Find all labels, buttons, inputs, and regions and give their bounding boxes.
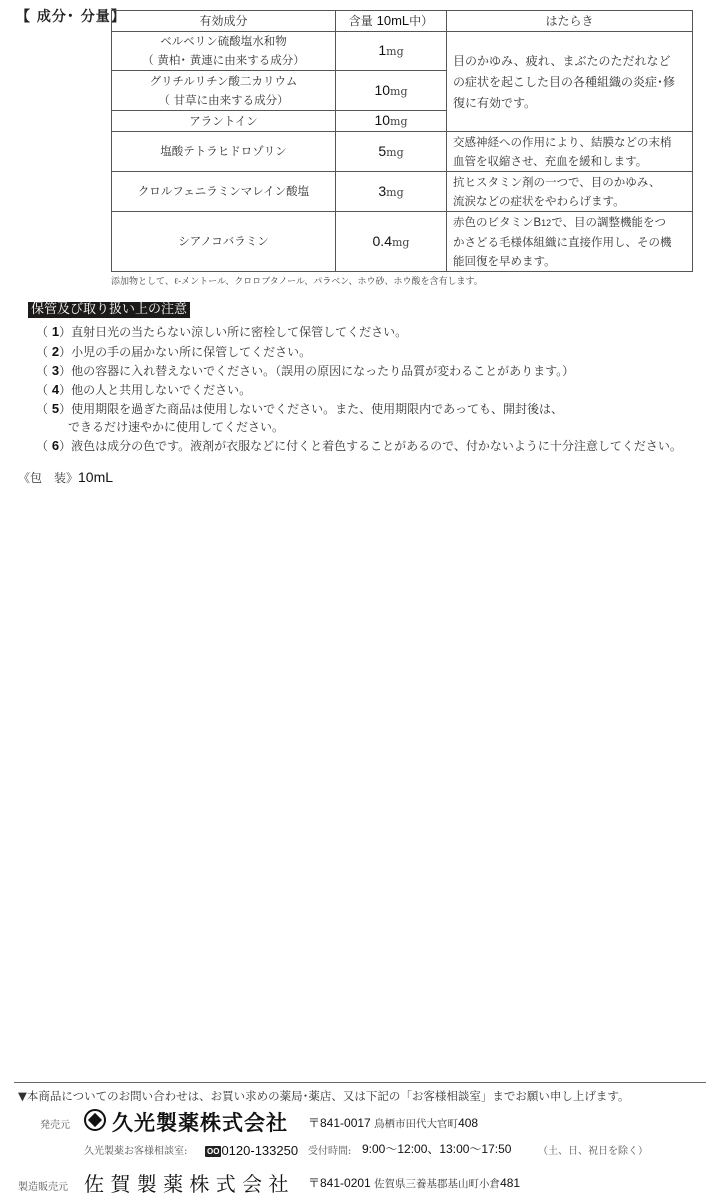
ingredient-name: シアノコバラミン (112, 212, 336, 272)
amount-unit: mg (390, 85, 407, 98)
ingredient-amount: 10mg (336, 111, 447, 132)
distributor-label: 発売元 (40, 1116, 70, 1131)
amount-unit: mg (390, 115, 407, 128)
amount-unit: mg (392, 236, 409, 249)
distributor-address: 〒841-0017 鳥栖市田代大官町408 (308, 1114, 478, 1131)
amount-unit: mg (386, 146, 403, 159)
business-hours: 9:00～12:00、13:00～17:50 (362, 1140, 511, 1157)
storage-note-item: （ 3）他の容器に入れ替えないでください。（誤用の原因になったり品質が変わること… (36, 362, 574, 380)
ingredient-amount: 3mg (336, 172, 447, 212)
phone-line: OO0120-133250 (205, 1140, 298, 1159)
amount-value: 10 (374, 112, 390, 128)
note-text: 使用期限を過ぎた商品は使用しないでください。また、使用期限内であっても、開封後は… (71, 402, 563, 416)
ingredient-name: 塩酸テトラヒドロゾリン (112, 132, 336, 172)
packaging-label: 《包 装》 (18, 471, 78, 485)
note-number: 3 (52, 363, 59, 378)
amount-value: 3 (378, 183, 386, 199)
storage-note-continuation: できるだけ速やかに使用してください。 (68, 418, 284, 436)
amount-unit: mg (386, 45, 403, 58)
ingredient-name: ベルベリン硫酸塩水和物 （ 黄柏･ 黄連に由来する成分） (112, 32, 336, 71)
ingredient-origin-line: （ 黄柏･ 黄連に由来する成分） (112, 51, 335, 70)
ingredient-amount: 5mg (336, 132, 447, 172)
additives-note: 添加物として、ℓ-メントール、クロロブタノール、パラベン、ホウ砂、ホウ酸を含有し… (111, 274, 483, 287)
ingredient-effect: 交感神経への作用により、結膜などの末梢血管を収縮させ、充血を緩和します。 (447, 132, 693, 172)
ingredient-amount: 0.4mg (336, 212, 447, 272)
distributor-company-name: 久光製薬株式会社 (112, 1107, 288, 1137)
note-text: 他の人と共用しないでください。 (71, 383, 251, 397)
storage-note-item: （ 4）他の人と共用しないでください。 (36, 381, 251, 399)
hours-note: （土、日、祝日を除く） (538, 1142, 648, 1157)
ingredient-name-line: ベルベリン硫酸塩水和物 (112, 32, 335, 51)
note-text: 小児の手の届かない所に保管してください。 (71, 345, 311, 359)
table-header-row: 有効成分 含量 10mL中） はたらき (112, 11, 693, 32)
amount-value: 1 (378, 42, 386, 58)
footer-divider (14, 1082, 706, 1083)
ingredient-amount: 1mg (336, 32, 447, 71)
address-text: 鳥栖市田代大官町 (374, 1118, 458, 1130)
packaging-info: 《包 装》10mL (18, 469, 113, 486)
effect-text: 赤色のビタミン (453, 215, 534, 229)
ingredient-effect: 赤色のビタミンB12で、目の調整機能をつかさどる毛様体組織に直接作用し、その機能… (447, 212, 693, 272)
manufacturer-label: 製造販売元 (18, 1178, 68, 1193)
storage-section-title: 保管及び取り扱い上の注意 (28, 302, 190, 318)
header-active-ingredient: 有効成分 (112, 11, 336, 32)
packaging-value: 10mL (78, 469, 113, 485)
storage-note-item: （ 1）直射日光の当たらない涼しい所に密栓して保管してください。 (36, 323, 407, 341)
inquiry-notice: ▼本商品についてのお問い合わせは、お買い求めの薬局･薬店、又は下記の「お客様相談… (18, 1088, 629, 1104)
table-row: シアノコバラミン 0.4mg 赤色のビタミンB12で、目の調整機能をつかさどる毛… (112, 212, 693, 272)
header-amount-volume: 10mL (377, 13, 410, 28)
ingredient-name: クロルフェニラミンマレイン酸塩 (112, 172, 336, 212)
header-amount-suffix: 中） (409, 14, 433, 28)
hisamitsu-logo-icon (84, 1109, 106, 1131)
freedial-icon: OO (205, 1146, 221, 1157)
ingredients-section-title: 【 成分･ 分量】 (16, 6, 126, 26)
postal-code: 〒841-0017 (308, 1116, 371, 1130)
note-number: 4 (52, 382, 59, 397)
ingredient-origin-line: （ 甘草に由来する成分） (112, 91, 335, 110)
address-number: 408 (458, 1116, 478, 1130)
ingredient-name-line: グリチルリチン酸二カリウム (112, 72, 335, 91)
hours-label: 受付時間: (308, 1142, 351, 1157)
consultation-label: 久光製薬お客様相談室: (84, 1142, 187, 1157)
address-number: 481 (500, 1176, 520, 1190)
header-amount: 含量 10mL中） (336, 11, 447, 32)
postal-code: 〒841-0201 (308, 1176, 371, 1190)
phone-number: 0120-133250 (221, 1143, 298, 1158)
amount-value: 0.4 (373, 233, 392, 249)
storage-note-item: （ 6）液色は成分の色です。液剤が衣服などに付くと着色することがあるので、付かな… (36, 437, 682, 455)
amount-value: 10 (374, 82, 390, 98)
header-effect: はたらき (447, 11, 693, 32)
note-number: 1 (52, 324, 59, 339)
ingredient-amount: 10mg (336, 71, 447, 111)
ingredient-effect: 目のかゆみ、疲れ、まぶたのただれなどの症状を起こした目の各種組織の炎症･修復に有… (447, 32, 693, 132)
ingredient-effect: 抗ヒスタミン剤の一つで、目のかゆみ、流涙などの症状をやわらげます。 (447, 172, 693, 212)
note-text: 液色は成分の色です。液剤が衣服などに付くと着色することがあるので、付かないように… (71, 439, 682, 453)
table-row: ベルベリン硫酸塩水和物 （ 黄柏･ 黄連に由来する成分） 1mg 目のかゆみ、疲… (112, 32, 693, 71)
manufacturer-company-name: 佐 賀 製 薬 株 式 会 社 (84, 1168, 289, 1197)
ingredients-table: 有効成分 含量 10mL中） はたらき ベルベリン硫酸塩水和物 （ 黄柏･ 黄連… (111, 10, 693, 272)
note-number: 2 (52, 344, 59, 359)
storage-note-item: （ 2）小児の手の届かない所に保管してください。 (36, 343, 311, 361)
note-text: 他の容器に入れ替えないでください。（誤用の原因になったり品質が変わることがありま… (71, 364, 574, 378)
amount-value: 5 (378, 143, 386, 159)
table-row: 塩酸テトラヒドロゾリン 5mg 交感神経への作用により、結膜などの末梢血管を収縮… (112, 132, 693, 172)
address-text: 佐賀県三養基郡基山町小倉 (374, 1178, 500, 1190)
vitamin-b-subscript: 12 (541, 218, 551, 228)
note-text: 直射日光の当たらない涼しい所に密栓して保管してください。 (71, 325, 407, 339)
note-number: 6 (52, 438, 59, 453)
ingredient-name: グリチルリチン酸二カリウム （ 甘草に由来する成分） (112, 71, 336, 111)
manufacturer-address: 〒841-0201 佐賀県三養基郡基山町小倉481 (308, 1174, 520, 1191)
amount-unit: mg (386, 186, 403, 199)
header-amount-prefix: 含量 (349, 14, 373, 28)
note-number: 5 (52, 401, 59, 416)
storage-note-item: （ 5）使用期限を過ぎた商品は使用しないでください。また、使用期限内であっても、… (36, 400, 563, 418)
ingredient-name: アラントイン (112, 111, 336, 132)
table-row: クロルフェニラミンマレイン酸塩 3mg 抗ヒスタミン剤の一つで、目のかゆみ、流涙… (112, 172, 693, 212)
